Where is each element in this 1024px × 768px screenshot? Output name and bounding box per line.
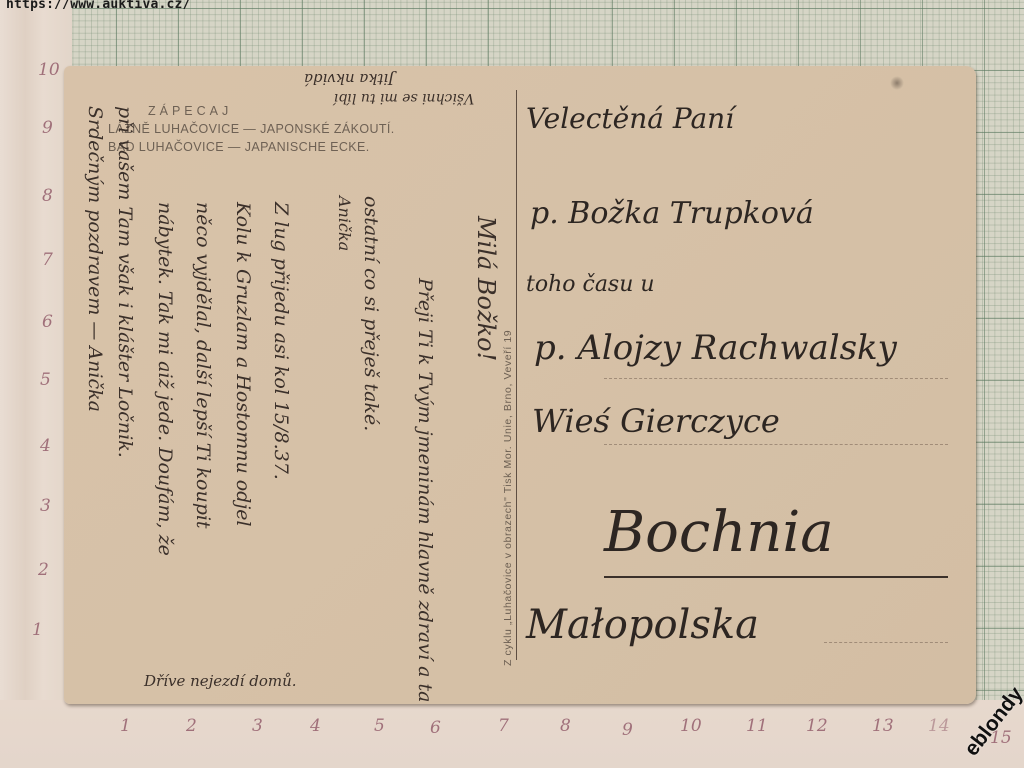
source-url-label: https://www.auktiva.cz/ [6,0,191,12]
printed-header: ZÁPECAJ LÁZNĚ LUHAČOVICE — JAPONSKÉ ZÁKO… [108,102,395,156]
printed-caption-czech: LÁZNĚ LUHAČOVICE — JAPONSKÉ ZÁKOUTÍ. [108,120,395,138]
ruler-number: 3 [40,496,51,516]
message-line: Anička [335,196,354,251]
town-name: Bochnia [604,500,834,565]
upside-down-note: Všichni se mi tu líbí [334,90,474,106]
message-line: Srdečným pozdravem — Anička [84,106,106,412]
recipient-name: p. Božka Trupková [530,196,814,231]
ruler-number: 8 [560,716,571,736]
ruler-number: 6 [430,718,441,738]
message-line: něco vyjdělal, další lepší Ti koupit [192,202,214,529]
ruler-number: 3 [252,716,263,736]
message-line: nábytek. Tak mi aiž jede. Doufám, že [154,202,176,556]
address-salutation: Velectěná Paní [526,102,734,135]
ruler-number: 4 [310,716,321,736]
ruler-number: 12 [806,716,828,736]
care-of-label: toho času u [526,272,655,297]
left-paper-strip [0,0,72,768]
ruler-number: 13 [872,716,894,736]
message-line: ostatní co si přeješ také. [360,196,382,431]
ruler-number: 4 [40,436,51,456]
message-line: Přeji Ti k Tvým jmeninám hlavně zdraví a… [414,278,436,702]
address-line [604,444,948,445]
message-greeting: Milá Božko! [472,216,500,361]
ruler-number: 7 [498,716,509,736]
host-name: p. Alojzy Rachwalsky [534,328,897,368]
upside-down-note: Jitka nkvidá [304,70,394,88]
ruler-number: 10 [680,716,702,736]
center-divider-line [516,90,517,660]
ruler-number: 2 [38,560,49,580]
paper-stain [890,76,904,90]
ruler-number: 5 [40,370,51,390]
ruler-number: 7 [42,250,53,270]
bottom-paper-strip [0,700,1024,768]
village-name: Wieś Gierczyce [532,402,780,440]
ruler-number: 9 [42,118,53,138]
ruler-number: 2 [186,716,197,736]
address-underline [604,576,948,578]
publisher-imprint: Z cyklu „Luhačovice v obrazech" Tisk Mor… [502,330,514,666]
printed-caption-german: BAD LUHAČOVICE — JAPANISCHE ECKE. [108,138,395,156]
ruler-number: 9 [622,720,633,740]
region-name: Małopolska [526,602,759,648]
ruler-number: 11 [746,716,768,736]
address-line [604,378,948,379]
ruler-number: 1 [120,716,131,736]
ruler-number: 6 [42,312,53,332]
address-line [824,642,948,643]
message-line: Kolu k Gruzlam a Hostomnu odjel [232,202,254,527]
bottom-note: Dříve nejezdí domů. [144,672,297,690]
ruler-number: 10 [38,60,60,80]
ruler-number: 5 [374,716,385,736]
ruler-number: 1 [32,620,43,640]
postcard: ZÁPECAJ LÁZNĚ LUHAČOVICE — JAPONSKÉ ZÁKO… [64,66,976,704]
message-line: Z lug přijedu asi kol 15/8.37. [270,202,292,480]
message-line: při vašem Tam však i klášter Ločnik. [114,106,136,458]
ruler-number: 14 [928,716,950,736]
ruler-number: 8 [42,186,53,206]
